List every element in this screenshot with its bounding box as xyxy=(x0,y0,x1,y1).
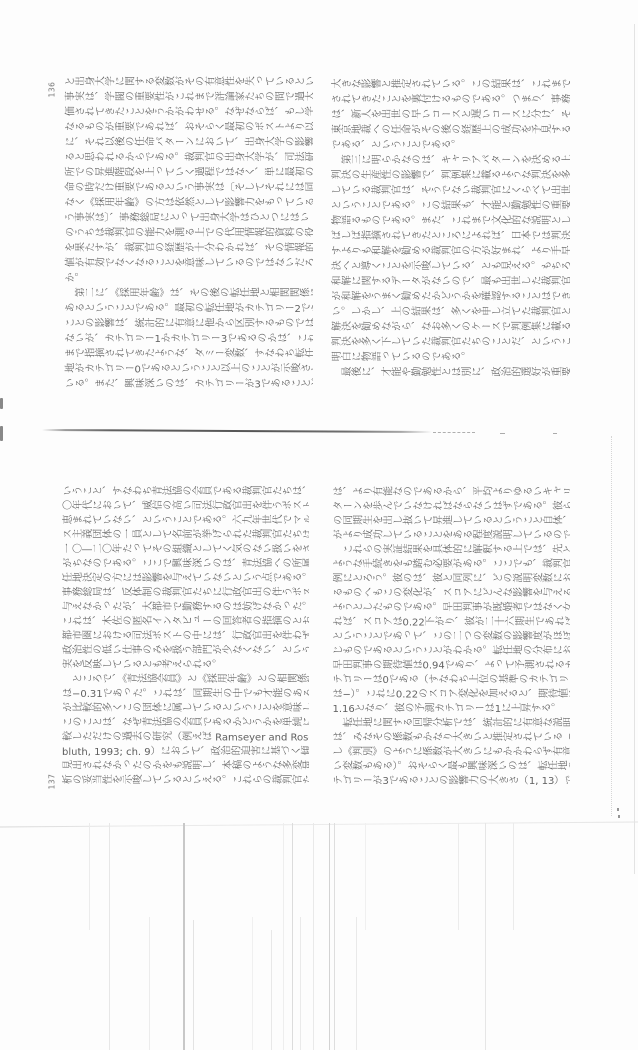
page-number-136: 136 xyxy=(42,79,62,99)
scan-streak xyxy=(356,917,357,1050)
scan-speck xyxy=(500,433,505,434)
scan-streak xyxy=(89,823,90,930)
scan-streak xyxy=(183,823,185,1050)
scan-streak xyxy=(513,823,514,930)
scan-dot xyxy=(618,815,620,818)
scan-speck xyxy=(553,433,557,434)
scan-streak xyxy=(193,920,194,1050)
scan-streak xyxy=(365,823,366,930)
text-block-137-lower-dan-text: は、より有能なのであるから、平均よりゆるいキャリアパ ターンを歩んでいなければな… xyxy=(332,486,570,789)
text-block-137-upper-dan-text: いうこと、すなわち青法協の会員である裁判官たちは、八 〇年代において、威信の高い… xyxy=(62,486,309,789)
page-gap-shadow-line xyxy=(42,429,432,433)
scan-streak xyxy=(458,823,459,930)
scan-streak xyxy=(271,930,272,1050)
scan-streak xyxy=(283,823,284,1050)
scan-streak xyxy=(329,823,330,1050)
scan-streak xyxy=(300,917,301,1050)
page-number-136-label: 136 xyxy=(47,81,56,97)
text-block-137-lower-dan: は、より有能なのであるから、平均よりゆるいキャリアパ ターンを歩んでいなければな… xyxy=(332,486,570,789)
text-block-136-lower-dan-text: 大きな影響と推定されている。この結果は、これまで指摘 されてきたことを裏付けるも… xyxy=(331,78,570,381)
page-bottom-edge-line xyxy=(0,821,638,827)
left-edge-smudge xyxy=(0,398,3,409)
text-block-137-upper-dan: いうこと、すなわち青法協の会員である裁判官たちは、八 〇年代において、威信の高い… xyxy=(62,486,309,789)
text-block-136-upper-dan-text: と出身大学に関する変数がその有意性を失っているという 事実は、学閥の重要性がこれ… xyxy=(64,75,313,393)
page-gap-shadow-dashes xyxy=(433,432,475,433)
scan-streak xyxy=(109,823,110,1050)
scan-streak xyxy=(292,823,293,1050)
page-number-137: 137 xyxy=(42,771,62,791)
scanned-book-spread: 136 と出身大学に関する変数がその有意性を失っているという 事実は、学閥の重要… xyxy=(0,0,638,1050)
scan-right-edge-line xyxy=(634,24,635,874)
text-block-136-lower-dan: 大きな影響と推定されている。この結果は、これまで指摘 されてきたことを裏付けるも… xyxy=(331,78,570,381)
text-block-136-upper-dan: と出身大学に関する変数がその有意性を失っているという 事実は、学閥の重要性がこれ… xyxy=(64,75,313,393)
page-number-137-label: 137 xyxy=(47,773,56,789)
scan-streak xyxy=(252,917,253,1050)
scan-streak xyxy=(149,917,150,1050)
left-edge-smudge xyxy=(0,426,3,441)
scan-streak xyxy=(313,823,314,1050)
scan-streak xyxy=(485,823,486,1050)
scan-streak xyxy=(334,823,335,1050)
scan-dotted-noise-column xyxy=(611,436,612,816)
scan-dot xyxy=(617,808,619,811)
